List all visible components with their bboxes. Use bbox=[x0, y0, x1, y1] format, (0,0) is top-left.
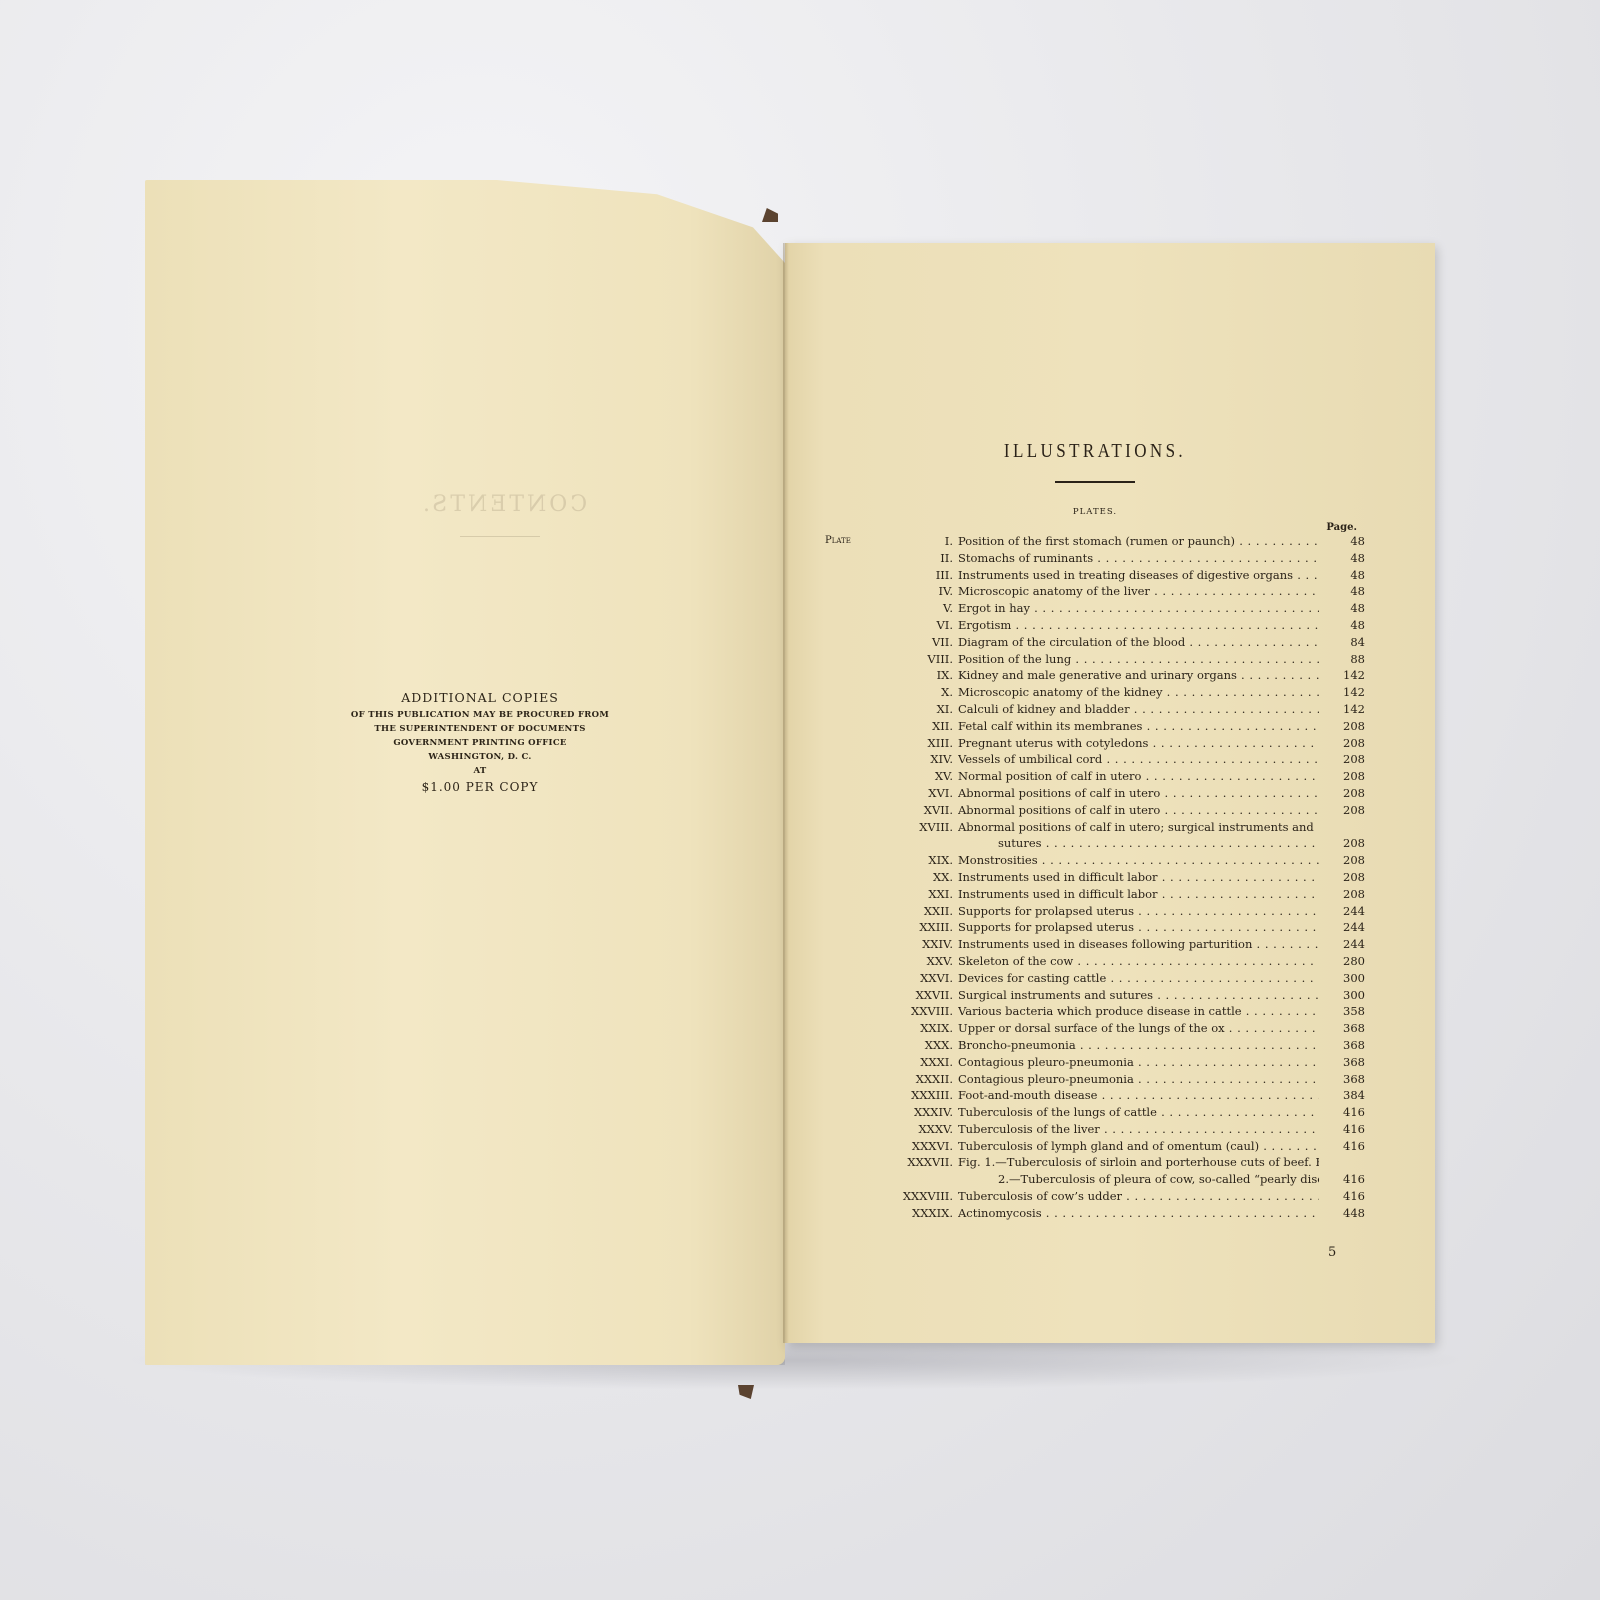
table-row: XXXVI.Tuberculosis of lymph gland and of… bbox=[825, 1138, 1365, 1155]
plate-numeral: XXIII. bbox=[865, 919, 958, 936]
plate-page: 244 bbox=[1319, 903, 1365, 920]
plate-title: Contagious pleuro-pneumonia bbox=[958, 1071, 1319, 1088]
plate-title: Fig. 1.—Tuberculosis of sirloin and port… bbox=[958, 1154, 1319, 1171]
plate-page: 48 bbox=[1319, 567, 1365, 584]
plate-numeral: XXV. bbox=[865, 953, 958, 970]
plate-numeral: XIX. bbox=[865, 852, 958, 869]
table-row: II.Stomachs of ruminants48 bbox=[825, 550, 1365, 567]
plate-numeral: XVII. bbox=[865, 802, 958, 819]
plate-numeral: XII. bbox=[865, 718, 958, 735]
plate-title: Microscopic anatomy of the kidney bbox=[958, 684, 1319, 701]
notice-line: THE SUPERINTENDENT OF DOCUMENTS bbox=[330, 722, 630, 736]
plate-title: Instruments used in diseases following p… bbox=[958, 936, 1319, 953]
plate-title: Broncho-pneumonia bbox=[958, 1037, 1319, 1054]
section-heading: PLATES. bbox=[825, 507, 1365, 517]
plate-page: 300 bbox=[1319, 970, 1365, 987]
plate-numeral: X. bbox=[865, 684, 958, 701]
plate-numeral: XIV. bbox=[865, 751, 958, 768]
table-row: XX.Instruments used in difficult labor20… bbox=[825, 869, 1365, 886]
plate-title: Abnormal positions of calf in utero bbox=[958, 785, 1319, 802]
plate-page: 384 bbox=[1319, 1087, 1365, 1104]
additional-copies-notice: ADDITIONAL COPIES OF THIS PUBLICATION MA… bbox=[330, 690, 630, 794]
table-row: XVIII.Abnormal positions of calf in uter… bbox=[825, 819, 1365, 836]
plate-title: Surgical instruments and sutures bbox=[958, 987, 1319, 1004]
page-number: 5 bbox=[1328, 1245, 1336, 1260]
plate-page: 300 bbox=[1319, 987, 1365, 1004]
plate-title: Tuberculosis of the lungs of cattle bbox=[958, 1104, 1319, 1121]
plate-page: 280 bbox=[1319, 953, 1365, 970]
notice-heading: ADDITIONAL COPIES bbox=[330, 690, 630, 705]
table-row: XIX.Monstrosities208 bbox=[825, 852, 1365, 869]
plate-numeral: VII. bbox=[865, 634, 958, 651]
plate-page: 208 bbox=[1319, 785, 1365, 802]
plate-title: Instruments used in treating diseases of… bbox=[958, 567, 1319, 584]
plate-numeral: XVI. bbox=[865, 785, 958, 802]
plate-page: 48 bbox=[1319, 550, 1365, 567]
plate-numeral: XXXI. bbox=[865, 1054, 958, 1071]
table-row: X.Microscopic anatomy of the kidney142 bbox=[825, 684, 1365, 701]
table-row: XXXV.Tuberculosis of the liver416 bbox=[825, 1121, 1365, 1138]
plate-numeral: XXVI. bbox=[865, 970, 958, 987]
plate-numeral: XXXVII. bbox=[865, 1154, 958, 1171]
page-column-header: Page. bbox=[825, 522, 1365, 533]
spine-gutter bbox=[783, 243, 789, 1343]
plate-page: 358 bbox=[1319, 1003, 1365, 1020]
plate-numeral: XXX. bbox=[865, 1037, 958, 1054]
plate-numeral: XXIV. bbox=[865, 936, 958, 953]
plate-numeral: VIII. bbox=[865, 651, 958, 668]
show-through-rule bbox=[460, 536, 540, 537]
plate-page: 208 bbox=[1319, 869, 1365, 886]
title-rule bbox=[1055, 481, 1135, 483]
plate-page: 208 bbox=[1319, 735, 1365, 752]
table-row: XXXVIII.Tuberculosis of cow’s udder416 bbox=[825, 1188, 1365, 1205]
table-row: XXXIX.Actinomycosis448 bbox=[825, 1205, 1365, 1222]
plate-page: 416 bbox=[1319, 1138, 1365, 1155]
plate-page: 84 bbox=[1319, 634, 1365, 651]
plate-page: 208 bbox=[1319, 852, 1365, 869]
plate-page: 448 bbox=[1319, 1205, 1365, 1222]
plate-title: Ergot in hay bbox=[958, 600, 1319, 617]
plate-numeral: XXVIII. bbox=[865, 1003, 958, 1020]
table-row: VII.Diagram of the circulation of the bl… bbox=[825, 634, 1365, 651]
plate-page: 88 bbox=[1319, 651, 1365, 668]
plate-title: Tuberculosis of cow’s udder bbox=[958, 1188, 1319, 1205]
plate-numeral: XXXIV. bbox=[865, 1104, 958, 1121]
table-row: XXII.Supports for prolapsed uterus244 bbox=[825, 903, 1365, 920]
plate-title: Supports for prolapsed uterus bbox=[958, 903, 1319, 920]
plate-title: Position of the first stomach (rumen or … bbox=[958, 533, 1319, 550]
table-row: PlateI.Position of the first stomach (ru… bbox=[825, 533, 1365, 550]
plate-title: Various bacteria which produce disease i… bbox=[958, 1003, 1319, 1020]
table-row: XXVI.Devices for casting cattle300 bbox=[825, 970, 1365, 987]
plate-page: 208 bbox=[1319, 835, 1365, 852]
table-row: XXIV.Instruments used in diseases follow… bbox=[825, 936, 1365, 953]
plate-numeral: XI. bbox=[865, 701, 958, 718]
plate-numeral: XXIX. bbox=[865, 1020, 958, 1037]
table-row: XXIII.Supports for prolapsed uterus244 bbox=[825, 919, 1365, 936]
plate-title: Instruments used in difficult labor bbox=[958, 869, 1319, 886]
plate-title: Devices for casting cattle bbox=[958, 970, 1319, 987]
binding-corner-top bbox=[762, 208, 778, 222]
plate-numeral: I. bbox=[865, 533, 958, 550]
plate-page: 368 bbox=[1319, 1020, 1365, 1037]
plate-title: Instruments used in difficult labor bbox=[958, 886, 1319, 903]
plate-page: 208 bbox=[1319, 768, 1365, 785]
plate-page: 368 bbox=[1319, 1037, 1365, 1054]
plate-title-continued: 2.—Tuberculosis of pleura of cow, so-cal… bbox=[958, 1171, 1319, 1188]
plate-numeral: XXXV. bbox=[865, 1121, 958, 1138]
plate-numeral: XXVII. bbox=[865, 987, 958, 1004]
plate-numeral: XXXIX. bbox=[865, 1205, 958, 1222]
plate-title-continued: sutures bbox=[958, 835, 1319, 852]
plate-title: Actinomycosis bbox=[958, 1205, 1319, 1222]
table-row: XXV.Skeleton of the cow280 bbox=[825, 953, 1365, 970]
table-row: XXVIII.Various bacteria which produce di… bbox=[825, 1003, 1365, 1020]
plate-title: Stomachs of ruminants bbox=[958, 550, 1319, 567]
plate-page: 48 bbox=[1319, 583, 1365, 600]
table-row: XIII.Pregnant uterus with cotyledons208 bbox=[825, 735, 1365, 752]
plate-title: Upper or dorsal surface of the lungs of … bbox=[958, 1020, 1319, 1037]
plate-numeral: XX. bbox=[865, 869, 958, 886]
plate-title: Pregnant uterus with cotyledons bbox=[958, 735, 1319, 752]
plate-label: Plate bbox=[825, 533, 865, 550]
plate-page: 368 bbox=[1319, 1071, 1365, 1088]
plate-page: 208 bbox=[1319, 718, 1365, 735]
plate-page: 48 bbox=[1319, 600, 1365, 617]
plate-page: 244 bbox=[1319, 919, 1365, 936]
plate-numeral: XXI. bbox=[865, 886, 958, 903]
plate-page: 416 bbox=[1319, 1121, 1365, 1138]
plate-page: 48 bbox=[1319, 533, 1365, 550]
plate-title: Diagram of the circulation of the blood bbox=[958, 634, 1319, 651]
plate-numeral: II. bbox=[865, 550, 958, 567]
plate-numeral: V. bbox=[865, 600, 958, 617]
show-through-contents-heading: CONTENTS. bbox=[420, 492, 587, 517]
plate-title: Tuberculosis of lymph gland and of oment… bbox=[958, 1138, 1319, 1155]
table-row-continuation: 2.—Tuberculosis of pleura of cow, so-cal… bbox=[825, 1171, 1365, 1188]
plate-numeral: IV. bbox=[865, 583, 958, 600]
table-row: XXXI.Contagious pleuro-pneumonia368 bbox=[825, 1054, 1365, 1071]
table-row: XIV.Vessels of umbilical cord208 bbox=[825, 751, 1365, 768]
table-row: VIII.Position of the lung88 bbox=[825, 651, 1365, 668]
plate-page: 48 bbox=[1319, 617, 1365, 634]
plate-page: 244 bbox=[1319, 936, 1365, 953]
plate-title: Calculi of kidney and bladder bbox=[958, 701, 1319, 718]
plate-title: Vessels of umbilical cord bbox=[958, 751, 1319, 768]
notice-line: WASHINGTON, D. C. bbox=[330, 750, 630, 764]
plate-title: Abnormal positions of calf in utero bbox=[958, 802, 1319, 819]
plate-numeral: XXXVIII. bbox=[865, 1188, 958, 1205]
table-row: III.Instruments used in treating disease… bbox=[825, 567, 1365, 584]
table-row: XXX.Broncho-pneumonia368 bbox=[825, 1037, 1365, 1054]
notice-line: AT bbox=[330, 764, 630, 778]
plate-page: 208 bbox=[1319, 802, 1365, 819]
plate-numeral: VI. bbox=[865, 617, 958, 634]
table-row: XXI.Instruments used in difficult labor2… bbox=[825, 886, 1365, 903]
plate-page: 142 bbox=[1319, 684, 1365, 701]
plate-title: Kidney and male generative and urinary o… bbox=[958, 667, 1319, 684]
notice-price: $1.00 PER COPY bbox=[330, 780, 630, 794]
plate-numeral: XVIII. bbox=[865, 819, 958, 836]
plate-page: 142 bbox=[1319, 667, 1365, 684]
plate-numeral: XXXII. bbox=[865, 1071, 958, 1088]
plate-title: Ergotism bbox=[958, 617, 1319, 634]
table-row: XXXVII.Fig. 1.—Tuberculosis of sirloin a… bbox=[825, 1154, 1365, 1171]
plate-title: Position of the lung bbox=[958, 651, 1319, 668]
plate-title: Skeleton of the cow bbox=[958, 953, 1319, 970]
plate-page: 142 bbox=[1319, 701, 1365, 718]
table-row: XXIX.Upper or dorsal surface of the lung… bbox=[825, 1020, 1365, 1037]
table-row: XXXIV.Tuberculosis of the lungs of cattl… bbox=[825, 1104, 1365, 1121]
plate-numeral: XV. bbox=[865, 768, 958, 785]
notice-line: OF THIS PUBLICATION MAY BE PROCURED FROM bbox=[330, 708, 630, 722]
notice-line: GOVERNMENT PRINTING OFFICE bbox=[330, 736, 630, 750]
binding-corner-bottom bbox=[738, 1385, 754, 1399]
plate-title: Supports for prolapsed uterus bbox=[958, 919, 1319, 936]
plate-title: Microscopic anatomy of the liver bbox=[958, 583, 1319, 600]
table-row: XXVII.Surgical instruments and sutures30… bbox=[825, 987, 1365, 1004]
plate-title: Fetal calf within its membranes bbox=[958, 718, 1319, 735]
table-row: XVI.Abnormal positions of calf in utero2… bbox=[825, 785, 1365, 802]
table-row: V.Ergot in hay48 bbox=[825, 600, 1365, 617]
plate-numeral: XIII. bbox=[865, 735, 958, 752]
plates-table: PlateI.Position of the first stomach (ru… bbox=[825, 533, 1365, 1222]
table-row: VI.Ergotism48 bbox=[825, 617, 1365, 634]
table-row: XXXII.Contagious pleuro-pneumonia368 bbox=[825, 1071, 1365, 1088]
table-row: XV.Normal position of calf in utero208 bbox=[825, 768, 1365, 785]
plate-numeral: XXXIII. bbox=[865, 1087, 958, 1104]
table-row: XI.Calculi of kidney and bladder142 bbox=[825, 701, 1365, 718]
plate-numeral: XXII. bbox=[865, 903, 958, 920]
plate-numeral: IX. bbox=[865, 667, 958, 684]
plate-title: Foot-and-mouth disease bbox=[958, 1087, 1319, 1104]
plate-title: Normal position of calf in utero bbox=[958, 768, 1319, 785]
plate-numeral: III. bbox=[865, 567, 958, 584]
plate-page: 208 bbox=[1319, 886, 1365, 903]
plate-page: 368 bbox=[1319, 1054, 1365, 1071]
table-row: IX.Kidney and male generative and urinar… bbox=[825, 667, 1365, 684]
table-row: XXXIII.Foot-and-mouth disease384 bbox=[825, 1087, 1365, 1104]
table-row: XII.Fetal calf within its membranes208 bbox=[825, 718, 1365, 735]
plate-page: 416 bbox=[1319, 1171, 1365, 1188]
table-row-continuation: sutures208 bbox=[825, 835, 1365, 852]
plate-page: 416 bbox=[1319, 1104, 1365, 1121]
plate-page: 416 bbox=[1319, 1188, 1365, 1205]
plate-page: 208 bbox=[1319, 751, 1365, 768]
plate-numeral: XXXVI. bbox=[865, 1138, 958, 1155]
illustrations-list: ILLUSTRATIONS. PLATES. Page. PlateI.Posi… bbox=[825, 440, 1365, 1222]
plate-title: Contagious pleuro-pneumonia bbox=[958, 1054, 1319, 1071]
plate-title: Abnormal positions of calf in utero; sur… bbox=[958, 819, 1319, 836]
plate-title: Tuberculosis of the liver bbox=[958, 1121, 1319, 1138]
table-row: XVII.Abnormal positions of calf in utero… bbox=[825, 802, 1365, 819]
page-title: ILLUSTRATIONS. bbox=[866, 440, 1325, 463]
table-row: IV.Microscopic anatomy of the liver48 bbox=[825, 583, 1365, 600]
plate-title: Monstrosities bbox=[958, 852, 1319, 869]
